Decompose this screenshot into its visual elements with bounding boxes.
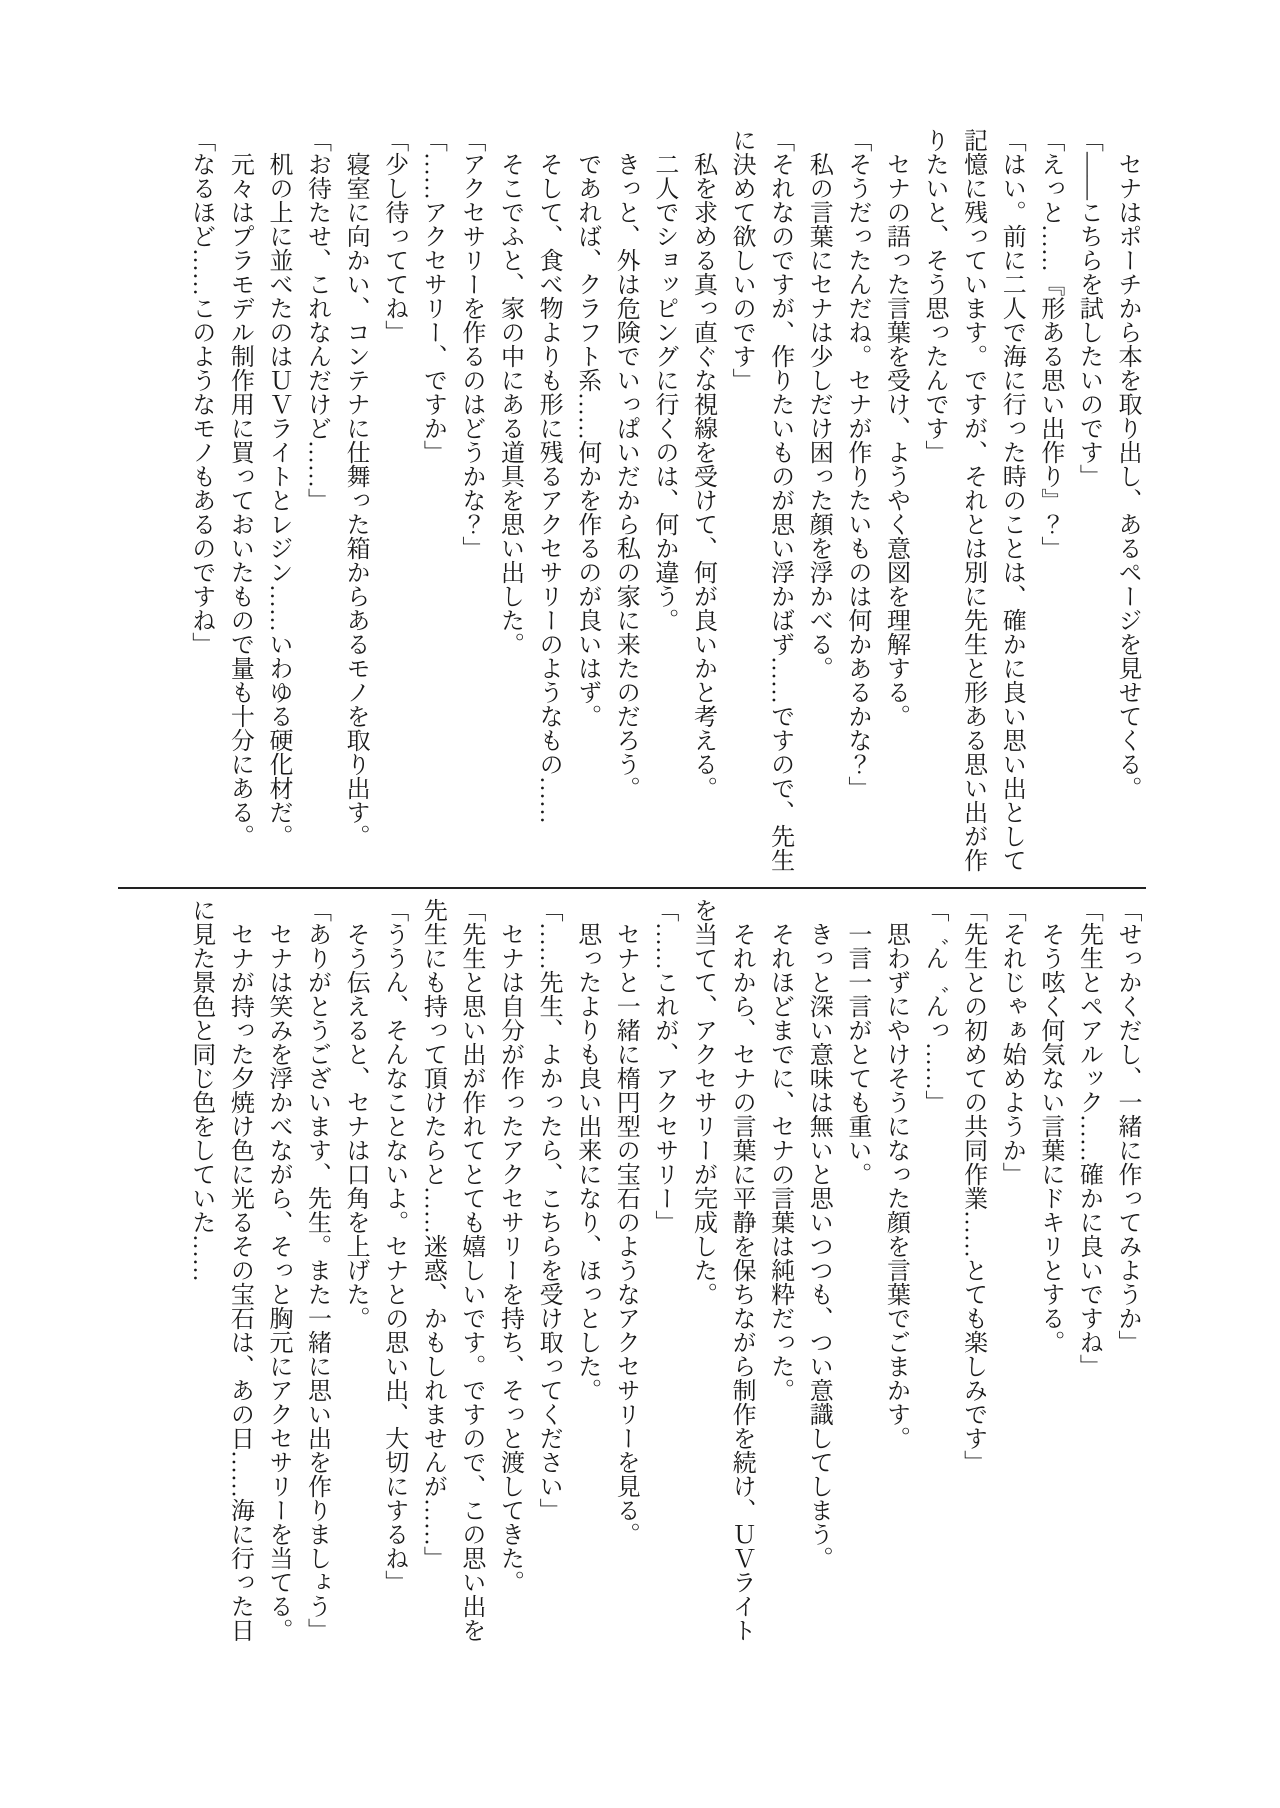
paragraph: セナは笑みを浮かべながら、そっと胸元にアクセサリーを当てる。 bbox=[258, 898, 297, 1653]
paragraph: 「ありがとうございます、先生。また一緒に思い出を作りましょう」 bbox=[297, 898, 336, 1653]
paragraph: 「なるほど……このようなモノもあるのですね」 bbox=[181, 128, 220, 883]
paragraph: セナはポーチから本を取り出し、あるページを見せてくる。 bbox=[1107, 128, 1146, 883]
text-section-bottom: 「せっかくだし、一緒に作ってみようか」「先生とペアルック……確かに良いですね」そ… bbox=[181, 898, 1146, 1653]
paragraph: 「お待たせ、これなんだけど……」 bbox=[297, 128, 336, 883]
novel-page: セナはポーチから本を取り出し、あるページを見せてくる。「――こちらを試したいので… bbox=[0, 0, 1280, 1808]
paragraph: 「はい。前に二人で海に行った時のことは、確かに良い思い出として記憶に残っています… bbox=[914, 128, 1030, 883]
paragraph: 二人でショッピングに行くのは、何か違う。 bbox=[644, 128, 683, 883]
paragraph: 「先生との初めての共同作業……とても楽しみです」 bbox=[953, 898, 992, 1653]
paragraph: きっと、外は危険でいっぱいだから私の家に来たのだろう。 bbox=[606, 128, 645, 883]
paragraph: そして、食べ物よりも形に残るアクセサリーのようなもの…… bbox=[529, 128, 568, 883]
paragraph: 「先生と思い出が作れてとても嬉しいです。ですので、この思い出を先生にも持って頂け… bbox=[413, 898, 490, 1653]
text-section-top: セナはポーチから本を取り出し、あるページを見せてくる。「――こちらを試したいので… bbox=[181, 128, 1146, 883]
paragraph: それから、セナの言葉に平静を保ちながら制作を続け、ＵＶライトを当てて、アクセサリ… bbox=[683, 898, 760, 1653]
paragraph: 「゛ん゛んっ……」 bbox=[914, 898, 953, 1653]
paragraph: そう呟く何気ない言葉にドキリとする。 bbox=[1030, 898, 1069, 1653]
paragraph: セナが持った夕焼け色に光るその宝石は、あの日……海に行った日に見た景色と同じ色を… bbox=[181, 898, 258, 1653]
paragraph: 「ううん、そんなことないよ。セナとの思い出、大切にするね」 bbox=[374, 898, 413, 1653]
paragraph: 「――こちらを試したいのです」 bbox=[1069, 128, 1108, 883]
paragraph: 私の言葉にセナは少しだけ困った顔を浮かべる。 bbox=[799, 128, 838, 883]
paragraph: 「それなのですが、作りたいものが思い浮かばず……ですので、先生に決めて欲しいので… bbox=[721, 128, 798, 883]
paragraph: そう伝えると、セナは口角を上げた。 bbox=[336, 898, 375, 1653]
paragraph: 「……先生、よかったら、こちらを受け取ってください」 bbox=[529, 898, 568, 1653]
paragraph: 「先生とペアルック……確かに良いですね」 bbox=[1069, 898, 1108, 1653]
paragraph: 「少し待っててね」 bbox=[374, 128, 413, 883]
section-divider bbox=[118, 887, 1146, 889]
paragraph: そこでふと、家の中にある道具を思い出した。 bbox=[490, 128, 529, 883]
paragraph: 「それじゃぁ始めようか」 bbox=[992, 898, 1031, 1653]
paragraph: 元々はプラモデル制作用に買っておいたもので量も十分にある。 bbox=[220, 128, 259, 883]
paragraph: 思わずにやけそうになった顔を言葉でごまかす。 bbox=[876, 898, 915, 1653]
paragraph: それほどまでに、セナの言葉は純粋だった。 bbox=[760, 898, 799, 1653]
paragraph: 「……これが、アクセサリー」 bbox=[644, 898, 683, 1653]
paragraph: 寝室に向かい、コンテナに仕舞った箱からあるモノを取り出す。 bbox=[336, 128, 375, 883]
paragraph: きっと深い意味は無いと思いつつも、つい意識してしまう。 bbox=[799, 898, 838, 1653]
paragraph: 「えっと……『形ある思い出作り』？」 bbox=[1030, 128, 1069, 883]
paragraph: 「……アクセサリー、ですか」 bbox=[413, 128, 452, 883]
paragraph: セナと一緒に楕円型の宝石のようなアクセサリーを見る。 bbox=[606, 898, 645, 1653]
paragraph: 私を求める真っ直ぐな視線を受けて、何が良いかと考える。 bbox=[683, 128, 722, 883]
paragraph: 机の上に並べたのはＵＶライトとレジン……いわゆる硬化材だ。 bbox=[258, 128, 297, 883]
paragraph: 「そうだったんだね。セナが作りたいものは何かあるかな？」 bbox=[837, 128, 876, 883]
paragraph: 一言一言がとても重い。 bbox=[837, 898, 876, 1653]
paragraph: セナは自分が作ったアクセサリーを持ち、そっと渡してきた。 bbox=[490, 898, 529, 1653]
paragraph: セナの語った言葉を受け、ようやく意図を理解する。 bbox=[876, 128, 915, 883]
paragraph: 思ったよりも良い出来になり、ほっとした。 bbox=[567, 898, 606, 1653]
paragraph: であれば、クラフト系……何かを作るのが良いはず。 bbox=[567, 128, 606, 883]
paragraph: 「せっかくだし、一緒に作ってみようか」 bbox=[1107, 898, 1146, 1653]
paragraph: 「アクセサリーを作るのはどうかな？」 bbox=[451, 128, 490, 883]
